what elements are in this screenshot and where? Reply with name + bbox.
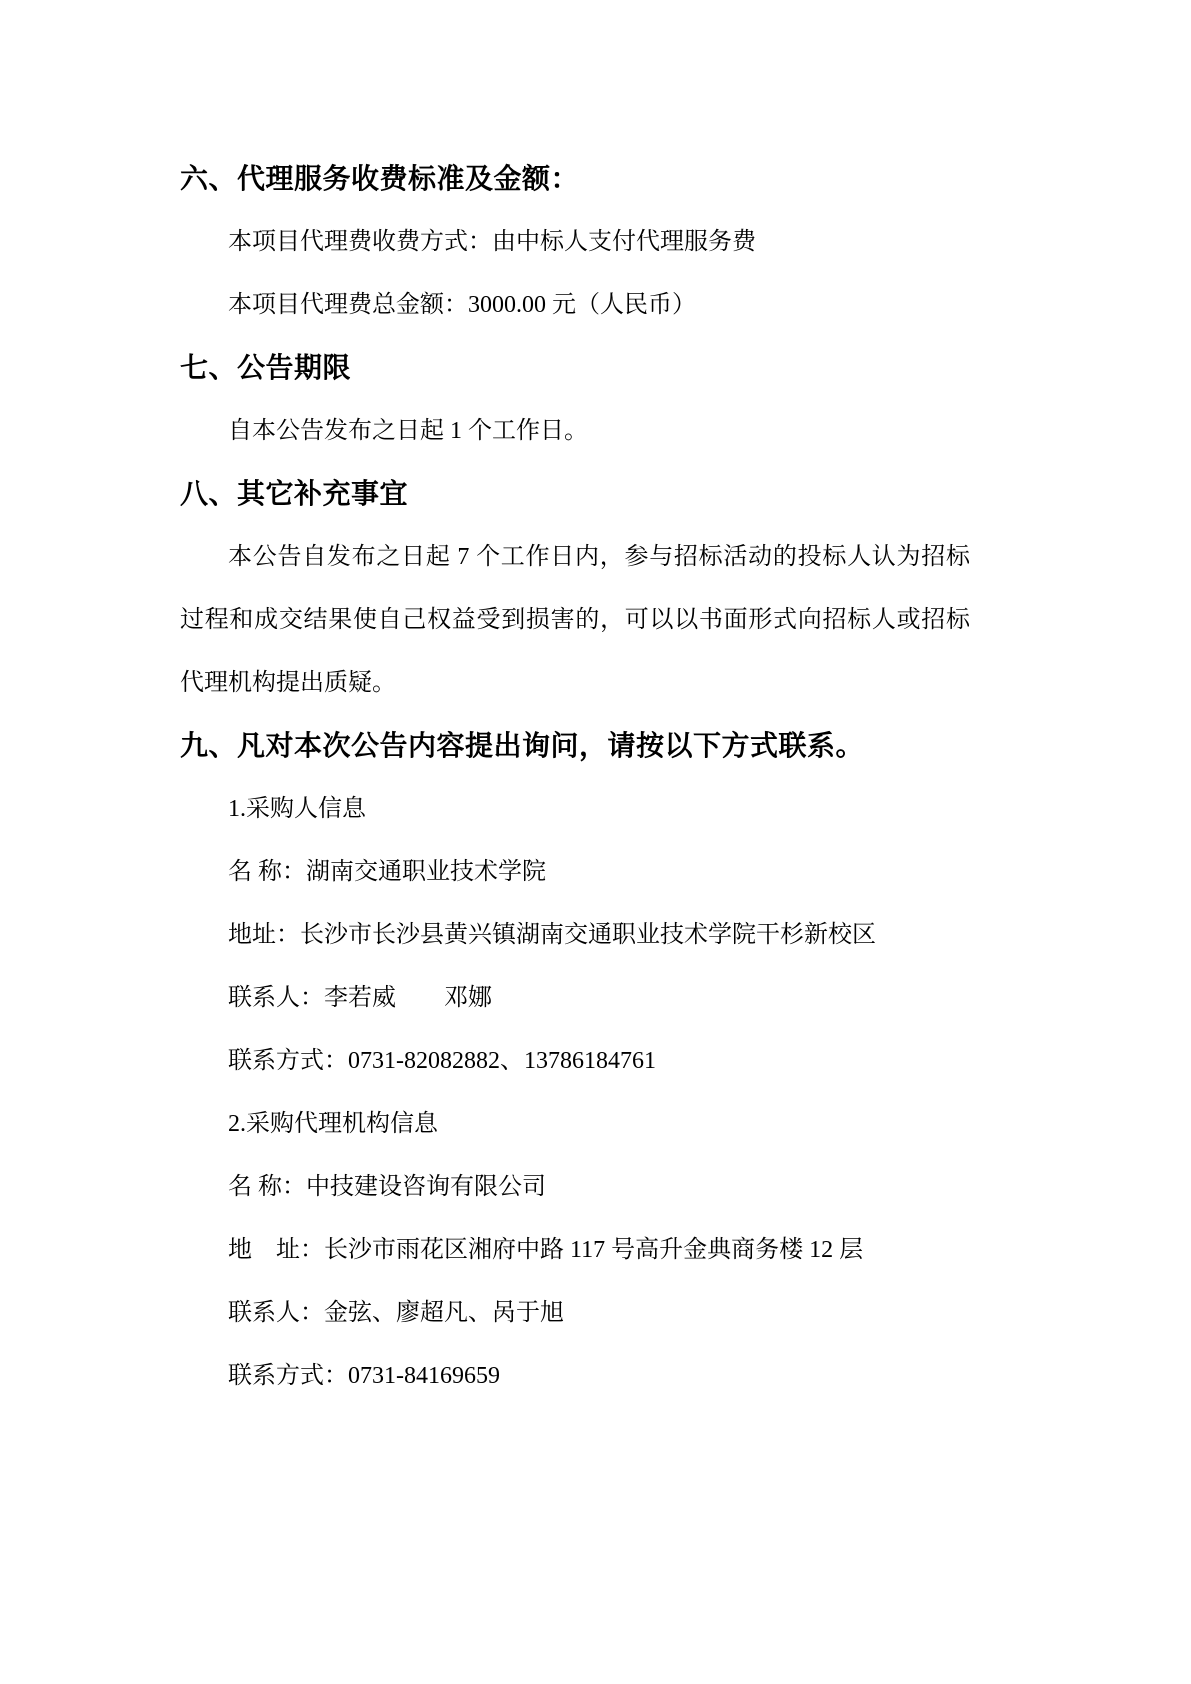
agency-contacts: 联系人：金弦、廖超凡、呙于旭 — [180, 1282, 970, 1345]
agency-fee-total-amount: 本项目代理费总金额：3000.00 元（人民币） — [180, 274, 970, 337]
agency-phone: 联系方式：0731-84169659 — [180, 1345, 970, 1408]
agency-address: 地 址：长沙市雨花区湘府中路 117 号高升金典商务楼 12 层 — [180, 1219, 970, 1282]
section-heading-contact-methods: 九、凡对本次公告内容提出询问，请按以下方式联系。 — [180, 715, 970, 778]
section-heading-announcement-period: 七、公告期限 — [180, 337, 970, 400]
subsection-purchaser-info: 1.采购人信息 — [180, 778, 970, 841]
document-page: 六、代理服务收费标准及金额： 本项目代理费收费方式：由中标人支付代理服务费 本项… — [0, 0, 1191, 1684]
purchaser-address: 地址：长沙市长沙县黄兴镇湖南交通职业技术学院干杉新校区 — [180, 904, 970, 967]
purchaser-phone: 联系方式：0731-82082882、13786184761 — [180, 1030, 970, 1093]
section-heading-agency-fee: 六、代理服务收费标准及金额： — [180, 148, 970, 211]
subsection-agency-info: 2.采购代理机构信息 — [180, 1093, 970, 1156]
purchaser-contacts: 联系人：李若威 邓娜 — [180, 967, 970, 1030]
announcement-period-text: 自本公告发布之日起 1 个工作日。 — [180, 400, 970, 463]
supplementary-matters-text: 本公告自发布之日起 7 个工作日内，参与招标活动的投标人认为招标过程和成交结果使… — [180, 526, 970, 715]
purchaser-name: 名 称：湖南交通职业技术学院 — [180, 841, 970, 904]
agency-fee-payment-method: 本项目代理费收费方式：由中标人支付代理服务费 — [180, 211, 970, 274]
section-heading-supplementary-matters: 八、其它补充事宜 — [180, 463, 970, 526]
agency-name: 名 称：中技建设咨询有限公司 — [180, 1156, 970, 1219]
